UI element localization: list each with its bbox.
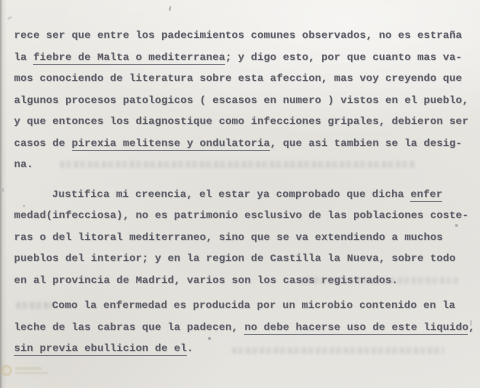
text-segment: rece ser que entre los padecimientos com… [14, 30, 462, 42]
scan-edge-shadow [0, 0, 3, 388]
text-segment: leche de las cabras que la padecen, [14, 322, 244, 334]
text-segment: la [14, 52, 33, 64]
ink-speck [208, 337, 211, 340]
ink-speck [455, 224, 458, 227]
ink-speck [169, 6, 172, 11]
bleed-through-smudge [16, 302, 52, 309]
underlined-phrase: sin previa ebullicion de el [14, 343, 187, 356]
text-line: la fiebre de Malta o mediterranea; y dig… [14, 48, 474, 70]
text-line: leche de las cabras que la padecen, no d… [14, 318, 474, 340]
bleed-through-smudge [60, 161, 416, 168]
underlined-phrase: no debe hacerse uso de este liquido [244, 322, 468, 335]
text-segment: pueblos del interior; y en la region de … [14, 253, 456, 265]
underlined-phrase: enfer [410, 189, 442, 202]
text-line: medad(infecciosa), no es patrimonio escl… [14, 206, 474, 228]
text-segment: . [187, 343, 193, 355]
stamp-watermark [1, 365, 48, 376]
text-segment: Justifica mi creencia, el estar ya compr… [52, 189, 410, 201]
text-line: rece ser que entre los padecimientos com… [14, 26, 474, 48]
text-segment: casos de [14, 138, 72, 150]
text-segment: , que asi tambien se la desig- [270, 138, 462, 150]
text-line: ras o del litoral mediterraneo, sino que… [14, 228, 474, 250]
text-segment: algunos procesos patologicos ( escasos e… [14, 95, 468, 107]
bleed-through-smudge [232, 347, 444, 354]
text-line: y que entonces los diagnostique como inf… [14, 112, 474, 134]
text-segment: mos conociendo de literatura sobre esta … [14, 73, 462, 85]
text-line: algunos procesos patologicos ( escasos e… [14, 91, 474, 113]
bleed-through-smudge [300, 277, 458, 284]
text-line: mos conociendo de literatura sobre esta … [14, 69, 474, 91]
text-segment: y que entonces los diagnostique como inf… [14, 116, 468, 128]
text-line: casos de pirexia melitense y ondulatoria… [14, 134, 474, 156]
text-line: Como la enfermedad es producida por un m… [14, 296, 474, 318]
archive-logo-icon [1, 365, 12, 376]
ink-speck [470, 320, 472, 326]
document-text: rece ser que entre los padecimientos com… [14, 26, 474, 361]
text-segment: ras o del litoral mediterraneo, sino que… [14, 232, 443, 244]
text-segment: ; y digo esto, por que cuanto mas va- [225, 52, 462, 64]
text-segment: Como la enfermedad es producida por un m… [52, 300, 455, 312]
text-line: Justifica mi creencia, el estar ya compr… [14, 185, 474, 207]
text-segment: na. [14, 159, 33, 171]
underlined-phrase: pirexia melitense y ondulatoria [72, 138, 270, 151]
text-line: pueblos del interior; y en la region de … [14, 249, 474, 271]
watermark-text-illegible [15, 367, 48, 374]
ink-speck [2, 188, 4, 192]
paragraph: rece ser que entre los padecimientos com… [14, 26, 474, 177]
paragraph: Justifica mi creencia, el estar ya compr… [14, 185, 474, 293]
underlined-phrase: fiebre de Malta o mediterranea [33, 52, 225, 65]
scanned-page: rece ser que entre los padecimientos com… [0, 0, 480, 388]
ink-speck [7, 16, 12, 20]
ink-speck [23, 205, 25, 207]
text-segment: medad(infecciosa), no es patrimonio escl… [14, 210, 468, 222]
